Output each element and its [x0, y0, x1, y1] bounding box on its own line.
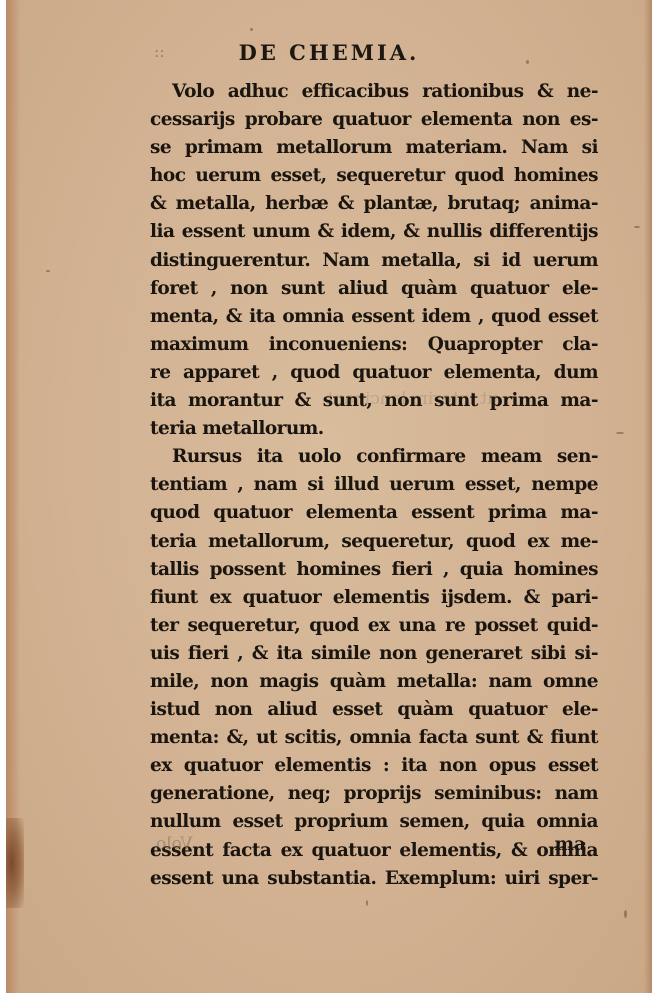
text-line: ter sequeretur, quod ex una re posset qu… [150, 612, 598, 640]
text-line: foret , non sunt aliud quàm quatuor ele- [150, 275, 598, 303]
paper-speck [616, 432, 624, 434]
text-line: teria metallorum. [150, 415, 598, 443]
paper-speck [250, 28, 253, 31]
text-line: ex quatuor elementis : ita non opus esse… [150, 752, 598, 780]
text-line: cessarijs probare quatuor elementa non e… [150, 106, 598, 134]
page-right-edge [644, 0, 652, 993]
text-line: maximum inconueniens: Quapropter cla- [150, 331, 598, 359]
body-text: Volo adhuc efficacibus rationibus & ne- … [150, 78, 598, 893]
book-page: :: DE CHEMIA. ut interim lancinant Volo … [6, 0, 652, 993]
running-head: DE CHEMIA. [6, 40, 652, 65]
text-line: se primam metallorum materiam. Nam si [150, 134, 598, 162]
text-line: istud non aliud esset quàm quatuor ele- [150, 696, 598, 724]
text-line: tallis possent homines fieri , quia homi… [150, 556, 598, 584]
text-line: fiunt ex quatuor elementis ijsdem. & par… [150, 584, 598, 612]
text-line: menta: &, ut scitis, omnia facta sunt & … [150, 724, 598, 752]
text-line: nullum esset proprium semen, quia omnia [150, 808, 598, 836]
catchword: ma [554, 834, 586, 855]
text-line: distinguerentur. Nam metalla, si id ueru… [150, 247, 598, 275]
text-line: menta, & ita omnia essent idem , quod es… [150, 303, 598, 331]
text-line: Volo adhuc efficacibus rationibus & ne- [150, 78, 598, 106]
text-line: hoc uerum esset, sequeretur quod homines [150, 162, 598, 190]
paper-speck [624, 910, 627, 918]
text-line: teria metallorum, sequeretur, quod ex me… [150, 528, 598, 556]
bleed-through-word: Volo [156, 834, 193, 854]
binding-stain [6, 818, 24, 908]
text-line: tentiam , nam si illud uerum esset, nemp… [150, 471, 598, 499]
text-line: essent facta ex quatuor elementis, & omn… [150, 837, 598, 865]
text-line: uis fieri , & ita simile non generaret s… [150, 640, 598, 668]
paper-speck [46, 270, 50, 272]
text-line: ita morantur & sunt, non sunt prima ma- [150, 387, 598, 415]
text-line: & metalla, herbæ & plantæ, brutaq; anima… [150, 190, 598, 218]
text-line: lia essent unum & idem, & nullis differe… [150, 218, 598, 246]
paper-speck [634, 226, 640, 228]
text-line: mile, non magis quàm metalla: nam omne [150, 668, 598, 696]
text-line: generatione, neq; proprijs seminibus: na… [150, 780, 598, 808]
text-line: Rursus ita uolo confirmare meam sen- [150, 443, 598, 471]
text-line: re apparet , quod quatuor elementa, dum [150, 359, 598, 387]
text-line: essent una substantia. Exemplum: uiri sp… [150, 865, 598, 893]
paper-speck [366, 900, 368, 906]
text-line: quod quatuor elementa essent prima ma- [150, 499, 598, 527]
